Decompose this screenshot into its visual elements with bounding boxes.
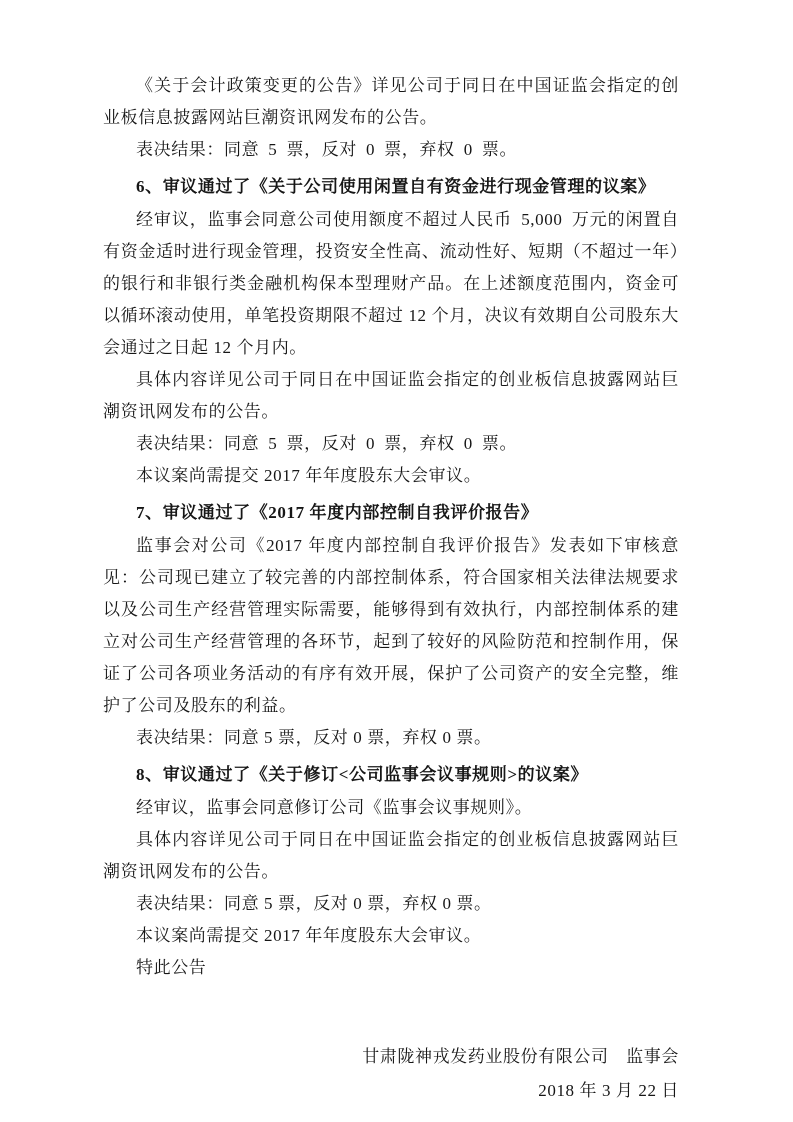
vote-result-item5: 表决结果：同意 5 票，反对 0 票，弃权 0 票。 bbox=[103, 134, 679, 166]
paragraph-item8-resolution: 经审议，监事会同意修订公司《监事会议事规则》。 bbox=[103, 792, 679, 824]
paragraph-item7-opinion: 监事会对公司《2017 年度内部控制自我评价报告》发表如下审核意见：公司现已建立… bbox=[103, 530, 679, 722]
paragraph-closing: 特此公告 bbox=[103, 952, 679, 984]
document-page: 《关于会计政策变更的公告》详见公司于同日在中国证监会指定的创业板信息披露网站巨潮… bbox=[0, 0, 793, 1122]
signature-block: 甘肃陇神戎发药业股份有限公司 监事会 2018 年 3 月 22 日 bbox=[103, 1040, 679, 1108]
paragraph-item6-agm-note: 本议案尚需提交 2017 年年度股东大会审议。 bbox=[103, 460, 679, 492]
vote-result-item6: 表决结果：同意 5 票，反对 0 票，弃权 0 票。 bbox=[103, 428, 679, 460]
section-heading-item6: 6、审议通过了《关于公司使用闲置自有资金进行现金管理的议案》 bbox=[103, 171, 679, 203]
section-heading-item8: 8、审议通过了《关于修订<公司监事会议事规则>的议案》 bbox=[103, 759, 679, 791]
paragraph-item8-agm-note: 本议案尚需提交 2017 年年度股东大会审议。 bbox=[103, 920, 679, 952]
section-heading-item7: 7、审议通过了《2017 年度内部控制自我评价报告》 bbox=[103, 497, 679, 529]
document-body: 《关于会计政策变更的公告》详见公司于同日在中国证监会指定的创业板信息披露网站巨潮… bbox=[103, 70, 679, 1108]
paragraph-item6-details: 具体内容详见公司于同日在中国证监会指定的创业板信息披露网站巨潮资讯网发布的公告。 bbox=[103, 364, 679, 428]
paragraph-item8-details: 具体内容详见公司于同日在中国证监会指定的创业板信息披露网站巨潮资讯网发布的公告。 bbox=[103, 824, 679, 888]
paragraph-announcement-ref: 《关于会计政策变更的公告》详见公司于同日在中国证监会指定的创业板信息披露网站巨潮… bbox=[103, 70, 679, 134]
signature-company: 甘肃陇神戎发药业股份有限公司 监事会 bbox=[103, 1040, 679, 1074]
signature-date: 2018 年 3 月 22 日 bbox=[103, 1074, 679, 1108]
vote-result-item7: 表决结果：同意 5 票，反对 0 票，弃权 0 票。 bbox=[103, 722, 679, 754]
vote-result-item8: 表决结果：同意 5 票，反对 0 票，弃权 0 票。 bbox=[103, 888, 679, 920]
paragraph-item6-resolution: 经审议，监事会同意公司使用额度不超过人民币 5,000 万元的闲置自有资金适时进… bbox=[103, 204, 679, 364]
